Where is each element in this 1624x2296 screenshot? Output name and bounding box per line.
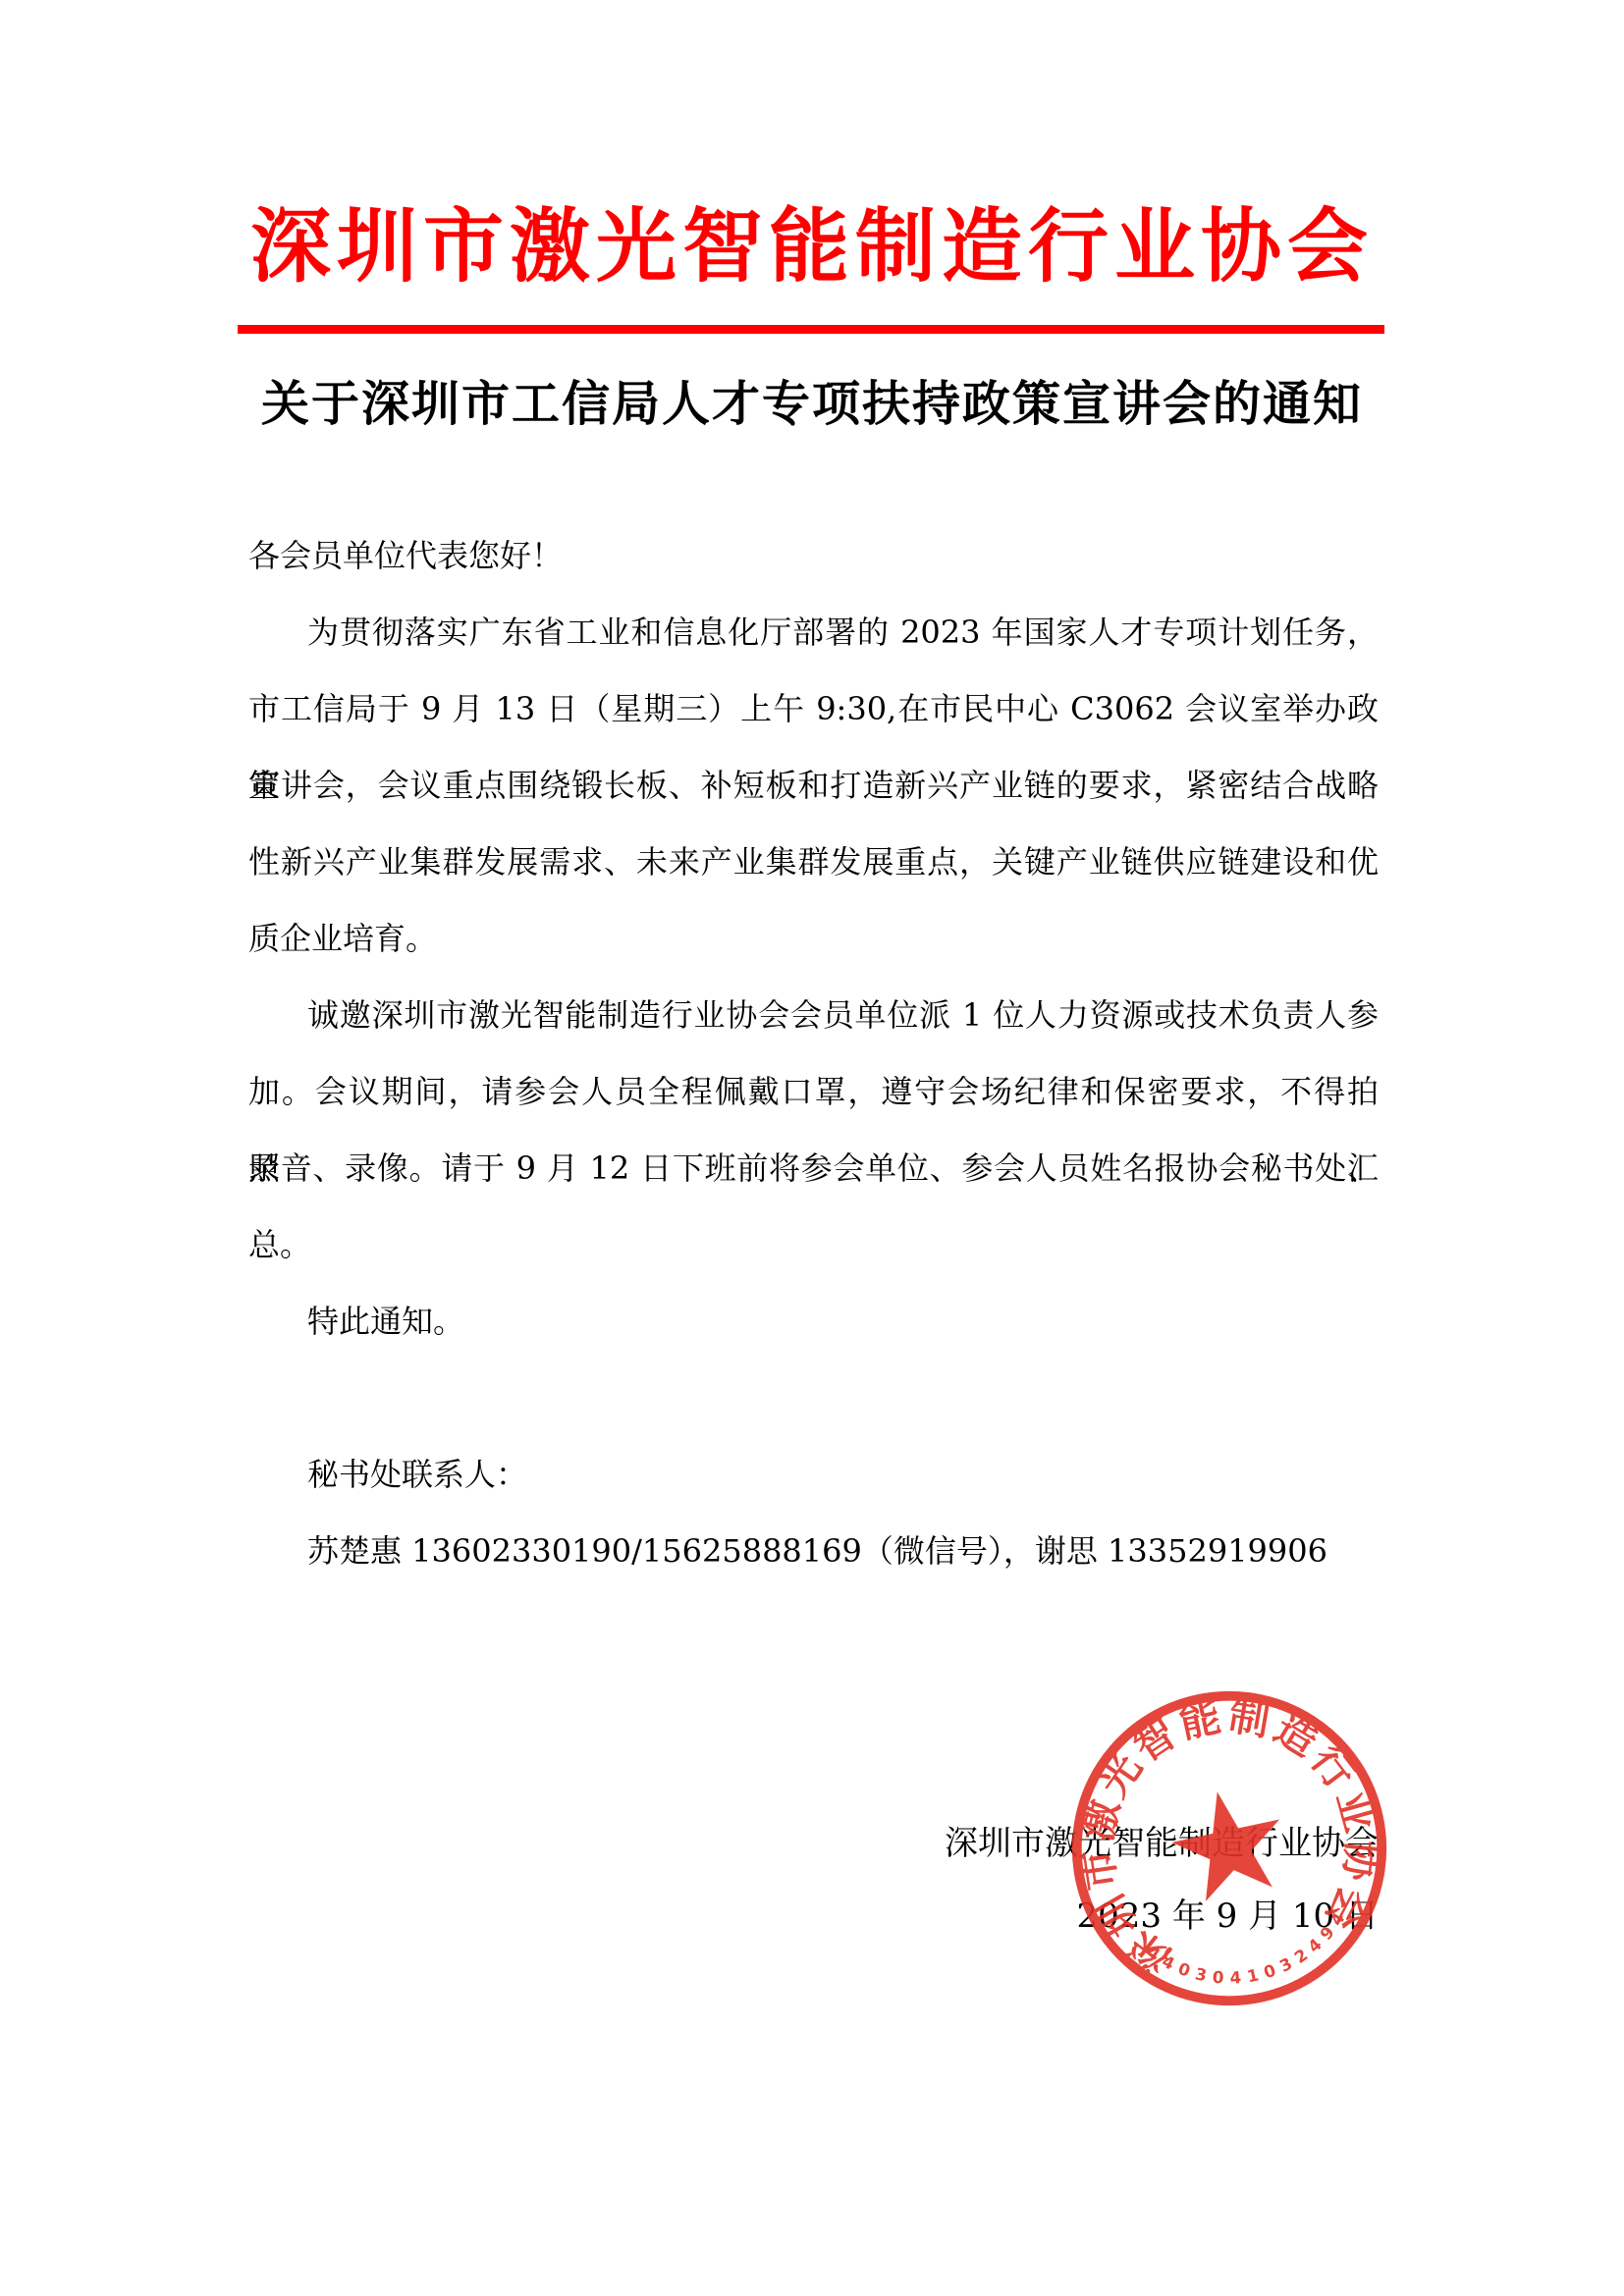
- notice-document-page: 深圳市激光智能制造行业协会 关于深圳市工信局人才专项扶持政策宣讲会的通知 各会员…: [0, 0, 1624, 2296]
- body-line: 为贯彻落实广东省工业和信息化厅部署的 2023 年国家人才专项计划任务，: [248, 594, 1379, 670]
- official-seal-stamp: 深圳市激光智能制造行业协会 4403041032494: [1065, 1684, 1393, 2012]
- body-line: 诚邀深圳市激光智能制造行业协会会员单位派 1 位人力资源或技术负责人参: [248, 977, 1379, 1053]
- star-icon: [1164, 1781, 1293, 1906]
- body-line: 秘书处联系人：: [248, 1436, 1379, 1513]
- body-text: 各会员单位代表您好！为贯彻落实广东省工业和信息化厅部署的 2023 年国家人才专…: [248, 517, 1379, 1589]
- body-line: 总。: [248, 1206, 1379, 1283]
- body-line: 加。会议期间，请参会人员全程佩戴口罩，遵守会场纪律和保密要求，不得拍照、: [248, 1053, 1379, 1130]
- body-line: 特此通知。: [248, 1283, 1379, 1360]
- body-line: 宣讲会，会议重点围绕锻长板、补短板和打造新兴产业链的要求，紧密结合战略: [248, 747, 1379, 824]
- body-line: 市工信局于 9 月 13 日（星期三）上午 9:30,在市民中心 C3062 会…: [248, 670, 1379, 747]
- body-line: 录音、录像。请于 9 月 12 日下班前将参会单位、参会人员姓名报协会秘书处汇: [248, 1130, 1379, 1206]
- body-line: 质企业培育。: [248, 900, 1379, 977]
- document-title: 关于深圳市工信局人才专项扶持政策宣讲会的通知: [0, 376, 1624, 434]
- body-line: 各会员单位代表您好！: [248, 517, 1379, 594]
- body-line: 性新兴产业集群发展需求、未来产业集群发展重点，关键产业链供应链建设和优: [248, 824, 1379, 900]
- header-divider-line: [238, 325, 1384, 334]
- org-header-title: 深圳市激光智能制造行业协会: [0, 200, 1624, 293]
- body-line: 苏楚惠 13602330190/15625888169（微信号），谢思 1335…: [248, 1513, 1379, 1589]
